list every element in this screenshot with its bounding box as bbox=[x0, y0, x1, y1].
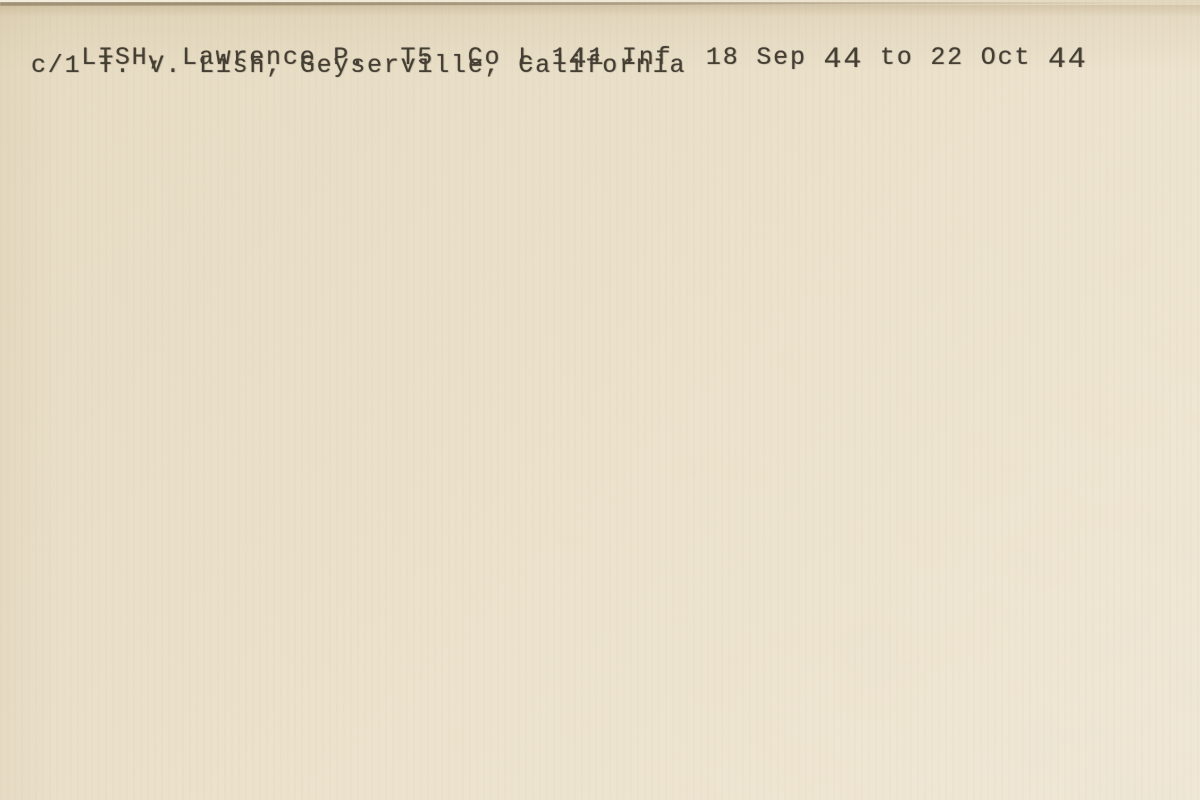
paper-grain-texture bbox=[0, 0, 1200, 800]
record-line1-segment-3-tall-four: 44 bbox=[824, 43, 864, 77]
record-line1-segment-5-tall-four: 44 bbox=[1048, 43, 1088, 77]
card-top-edge-highlight bbox=[0, 0, 1200, 2]
index-card: LISH, Lawrence P. T5 Co L 141 Inf 18 Sep… bbox=[0, 0, 1200, 800]
paper-fiber-streaks bbox=[0, 0, 1200, 800]
card-top-edge-shadow bbox=[0, 2, 1200, 6]
record-line-address: c/1 T. V. Lish, Geyserville, California bbox=[31, 53, 686, 78]
scan-vignette bbox=[0, 0, 1200, 800]
record-line1-segment-4: to 22 Oct bbox=[863, 43, 1048, 72]
card-top-shadow-band bbox=[0, 5, 1200, 17]
